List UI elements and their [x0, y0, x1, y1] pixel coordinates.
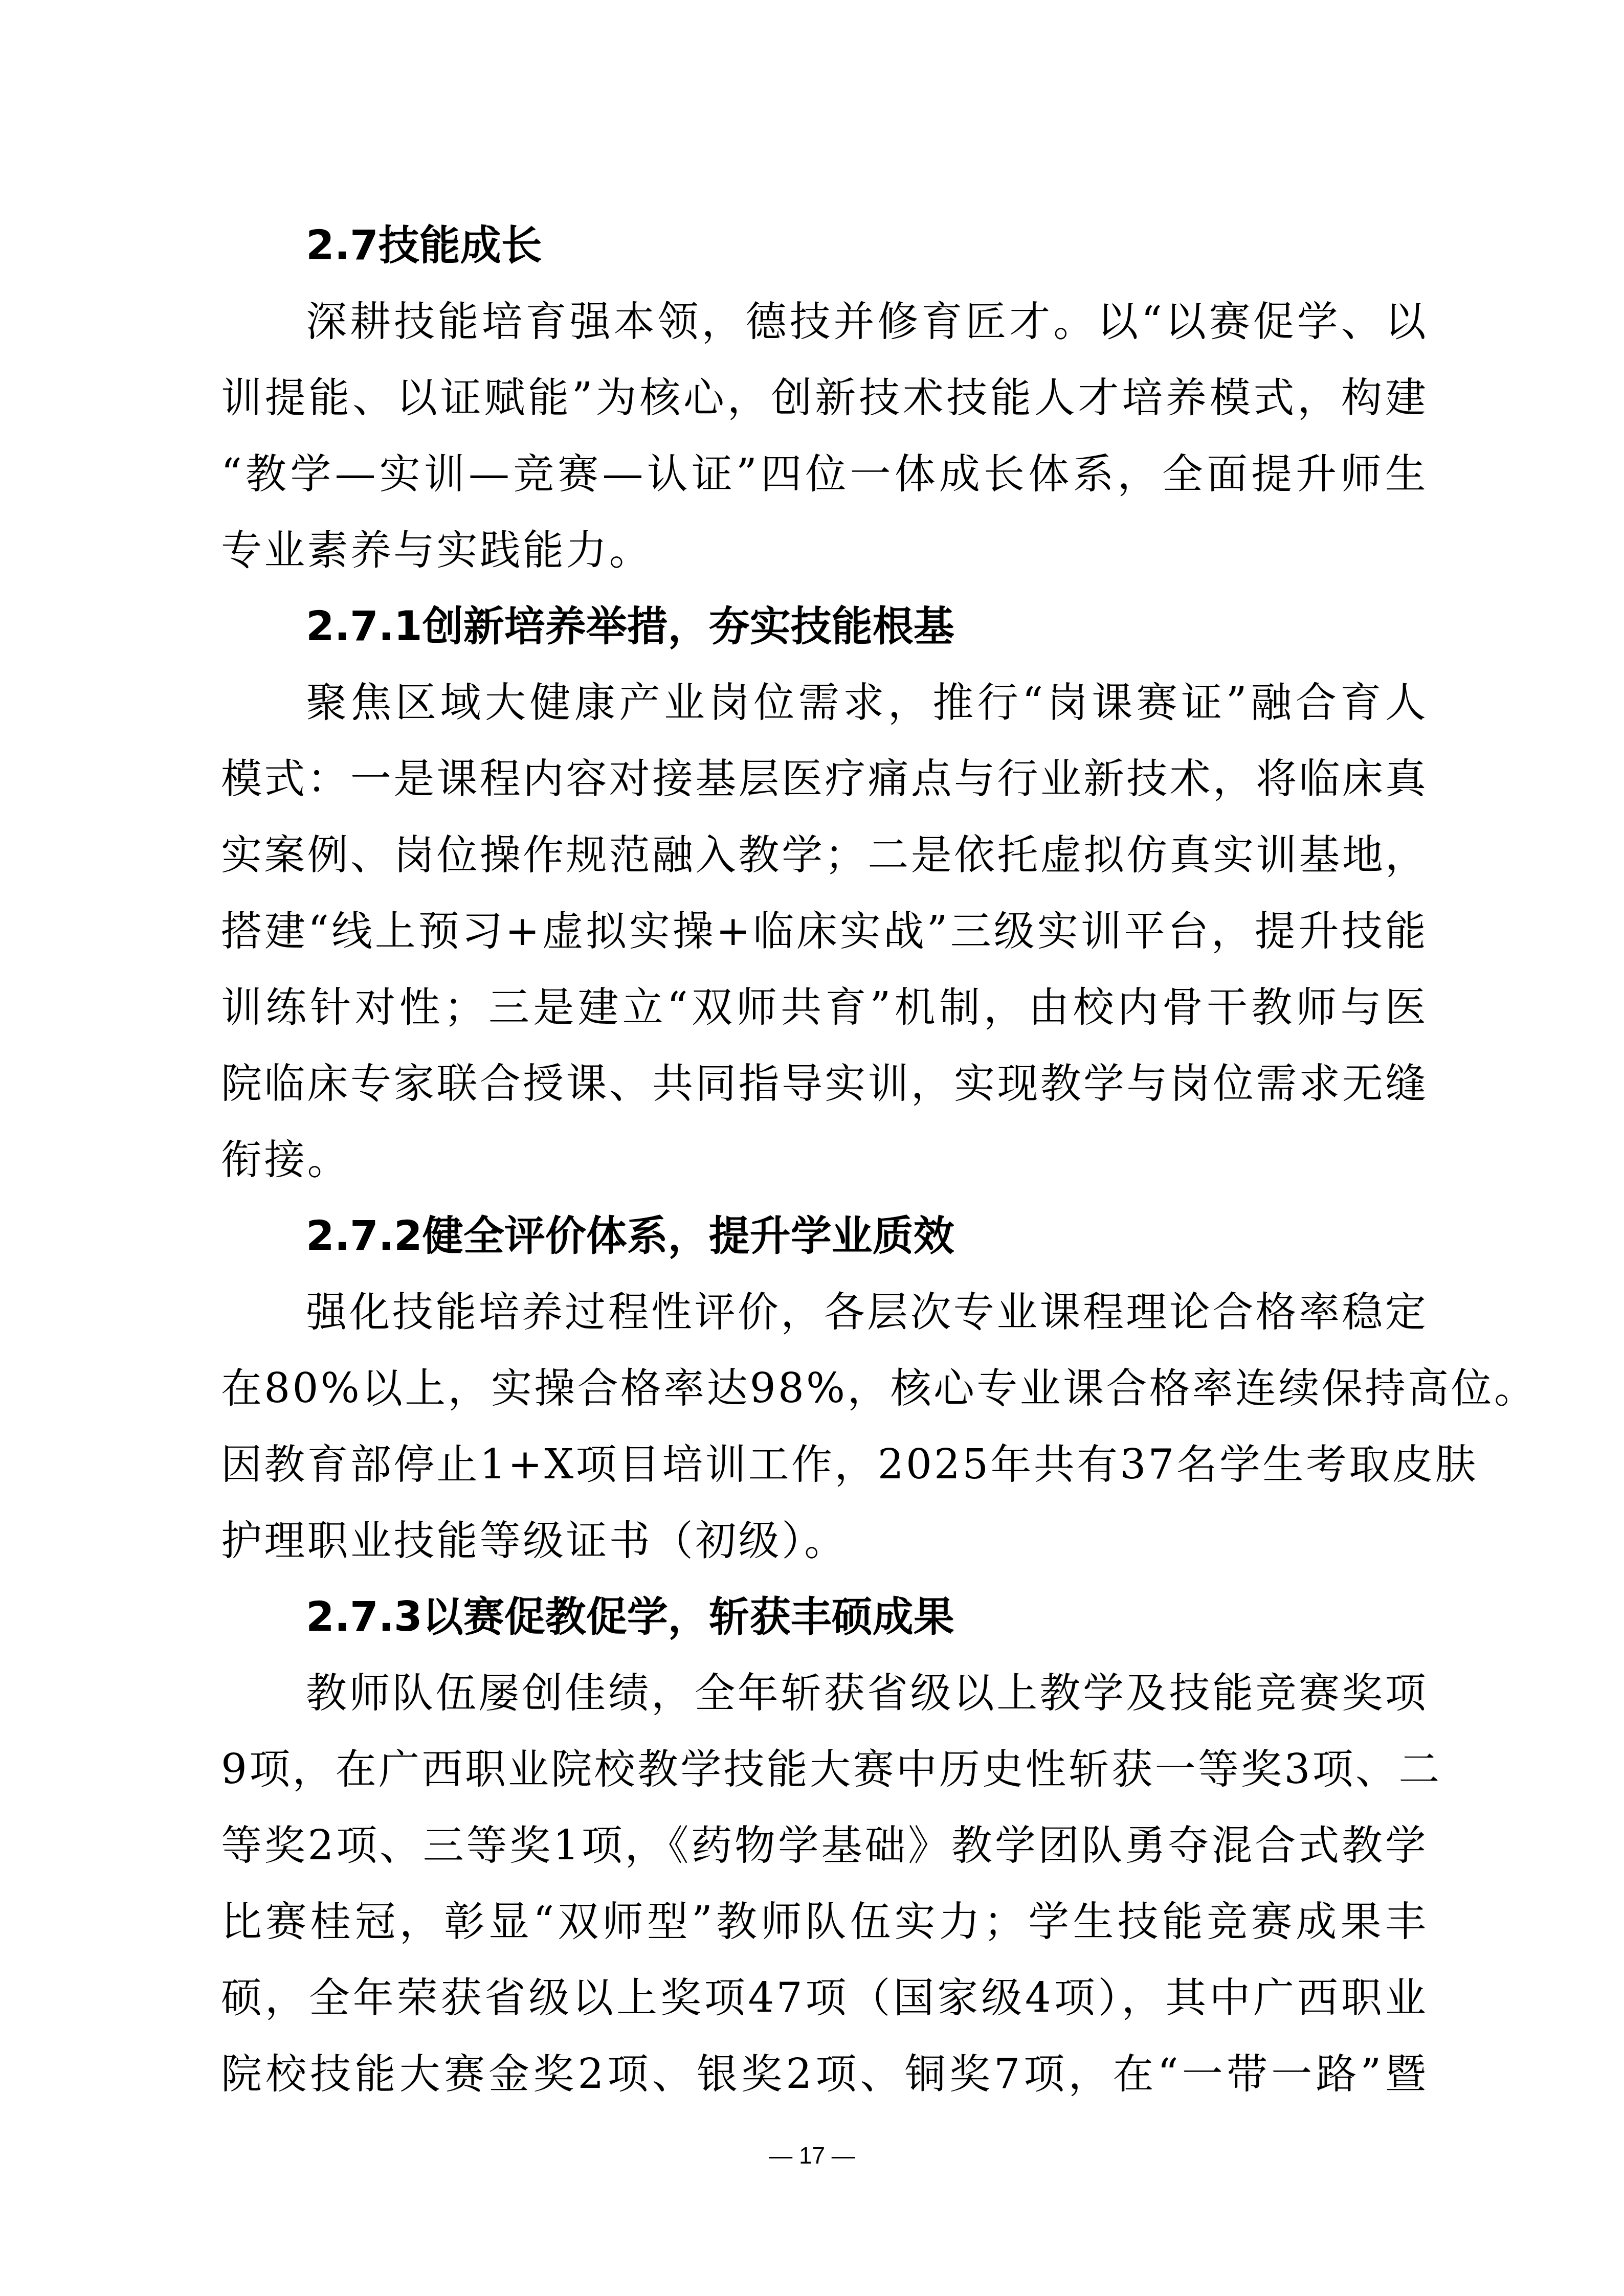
section-heading-2-7-3: 2.7.3以赛促教促学，斩获丰硕成果 — [221, 1586, 1428, 1662]
page-number: — 17 — — [0, 2142, 1624, 2169]
paragraph-line: 比赛桂冠，彰显“双师型”教师队伍实力；学生技能竞赛成果丰 — [221, 1891, 1428, 1967]
paragraph-line: 深耕技能培育强本领，德技并修育匠才。以“以赛促学、以 — [221, 291, 1428, 367]
paragraph-line: 专业素养与实践能力。 — [221, 520, 1428, 596]
section-heading-2-7-1: 2.7.1创新培养举措，夯实技能根基 — [221, 596, 1428, 672]
paragraph-line: “教学—实训—竞赛—认证”四位一体成长体系，全面提升师生 — [221, 443, 1428, 520]
paragraph-line: 等奖2项、三等奖1项，《药物学基础》教学团队勇夺混合式教学 — [221, 1815, 1428, 1891]
paragraph-line: 9项，在广西职业院校教学技能大赛中历史性斩获一等奖3项、二 — [221, 1739, 1428, 1815]
paragraph-line: 院临床专家联合授课、共同指导实训，实现教学与岗位需求无缝 — [221, 1053, 1428, 1129]
paragraph-line: 实案例、岗位操作规范融入教学；二是依托虚拟仿真实训基地， — [221, 824, 1428, 901]
paragraph-line: 训提能、以证赋能”为核心，创新技术技能人才培养模式，构建 — [221, 367, 1428, 443]
section-heading-2-7-2: 2.7.2健全评价体系，提升学业质效 — [221, 1205, 1428, 1281]
paragraph-line: 训练针对性；三是建立“双师共育”机制，由校内骨干教师与医 — [221, 977, 1428, 1053]
paragraph-line: 强化技能培养过程性评价，各层次专业课程理论合格率稳定 — [221, 1281, 1428, 1358]
paragraph-line: 院校技能大赛金奖2项、银奖2项、铜奖7项，在“一带一路”暨 — [221, 2043, 1428, 2120]
paragraph-line: 聚焦区域大健康产业岗位需求，推行“岗课赛证”融合育人 — [221, 672, 1428, 748]
paragraph-line: 护理职业技能等级证书（初级）。 — [221, 1510, 1428, 1586]
paragraph-line: 教师队伍屡创佳绩，全年斩获省级以上教学及技能竞赛奖项 — [221, 1662, 1428, 1739]
document-page: 2.7技能成长 深耕技能培育强本领，德技并修育匠才。以“以赛促学、以 训提能、以… — [221, 215, 1428, 2120]
paragraph-line: 搭建“线上预习+虚拟实操+临床实战”三级实训平台，提升技能 — [221, 901, 1428, 977]
paragraph-line: 在80%以上，实操合格率达98%，核心专业课合格率连续保持高位。 — [221, 1358, 1428, 1434]
paragraph-line: 衔接。 — [221, 1129, 1428, 1205]
paragraph-line: 因教育部停止1+X项目培训工作，2025年共有37名学生考取皮肤 — [221, 1434, 1428, 1510]
paragraph-line: 硕，全年荣获省级以上奖项47项（国家级4项），其中广西职业 — [221, 1967, 1428, 2043]
section-heading-2-7: 2.7技能成长 — [221, 215, 1428, 291]
paragraph-line: 模式：一是课程内容对接基层医疗痛点与行业新技术，将临床真 — [221, 748, 1428, 824]
